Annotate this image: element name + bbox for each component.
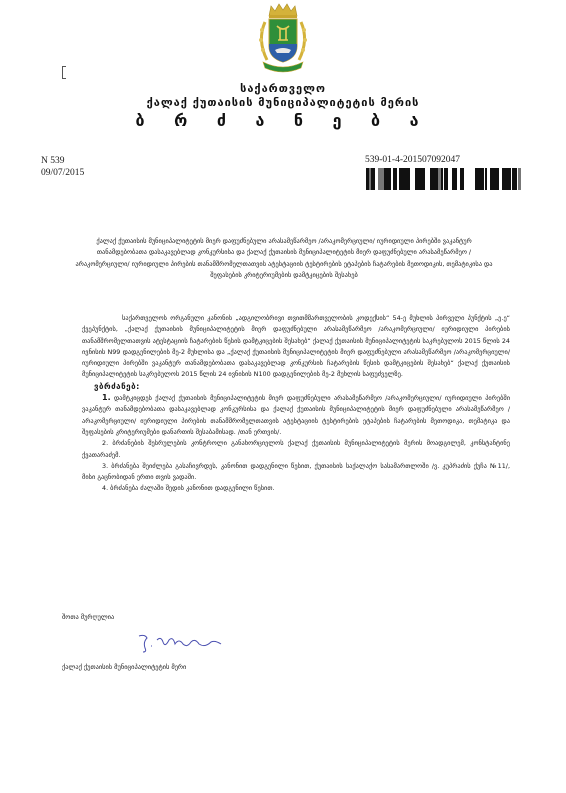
order-item-1: 1. დამტკიცდეს ქალაქ ქუთაისის მუნიციპალიტ… (82, 392, 510, 438)
decree-word: ვბრძანებ: (94, 381, 510, 392)
signatory-name: შოთა მურღულია (62, 613, 114, 621)
document-number: N 539 (41, 155, 84, 167)
order-body: საქართველოს ორგანული კანონის „ადგილობრივ… (82, 313, 510, 495)
item-text: ბრძანება ძალაში შედის კანონით დადგენილი … (110, 484, 274, 492)
item-number: 4. (102, 484, 108, 492)
handwritten-signature (135, 632, 225, 654)
item-text: დამტკიცდეს ქალაქ ქუთაისის მუნიციპალიტეტი… (82, 394, 510, 436)
header-office: ქალაქ ქუთაისის მუნიციპალიტეტის მერის (0, 96, 566, 109)
order-item-2: 2. ბრძანების შესრულების კონტროლი განახორ… (82, 438, 510, 461)
document-number-block: N 539 09/07/2015 (41, 155, 84, 179)
order-item-4: 4. ბრძანება ძალაში შედის კანონით დადგენი… (82, 483, 510, 494)
document-date: 09/07/2015 (41, 167, 84, 179)
barcode (366, 168, 522, 190)
item-number: 1. (102, 393, 111, 402)
coat-of-arms-icon (253, 2, 313, 76)
document-type-title: ბ რ ძ ა ნ ე ბ ა (0, 111, 566, 130)
item-number: 3. (102, 462, 108, 470)
order-title: ქალაქ ქუთაისის მუნიციპალიტეტის მიერ დაფუ… (72, 236, 496, 281)
header-country: საქართველო (0, 82, 566, 95)
text-cursor-mark (62, 66, 66, 79)
item-number: 2. (102, 439, 108, 447)
signatory-position: ქალაქ ქუთაისის მუნიციპალიტეტის მერი (62, 663, 186, 671)
item-text: ბრძანების შესრულების კონტროლი განახორციე… (82, 439, 510, 458)
document-page: საქართველო ქალაქ ქუთაისის მუნიციპალიტეტი… (0, 0, 566, 793)
registration-code: 539-01-4-201507092047 (365, 155, 460, 165)
order-item-3: 3. ბრძანება შეიძლება გასაჩივრდეს, კანონი… (82, 461, 510, 484)
item-text: ბრძანება შეიძლება გასაჩივრდეს, კანონით დ… (82, 462, 510, 481)
preamble: საქართველოს ორგანული კანონის „ადგილობრივ… (82, 313, 510, 381)
